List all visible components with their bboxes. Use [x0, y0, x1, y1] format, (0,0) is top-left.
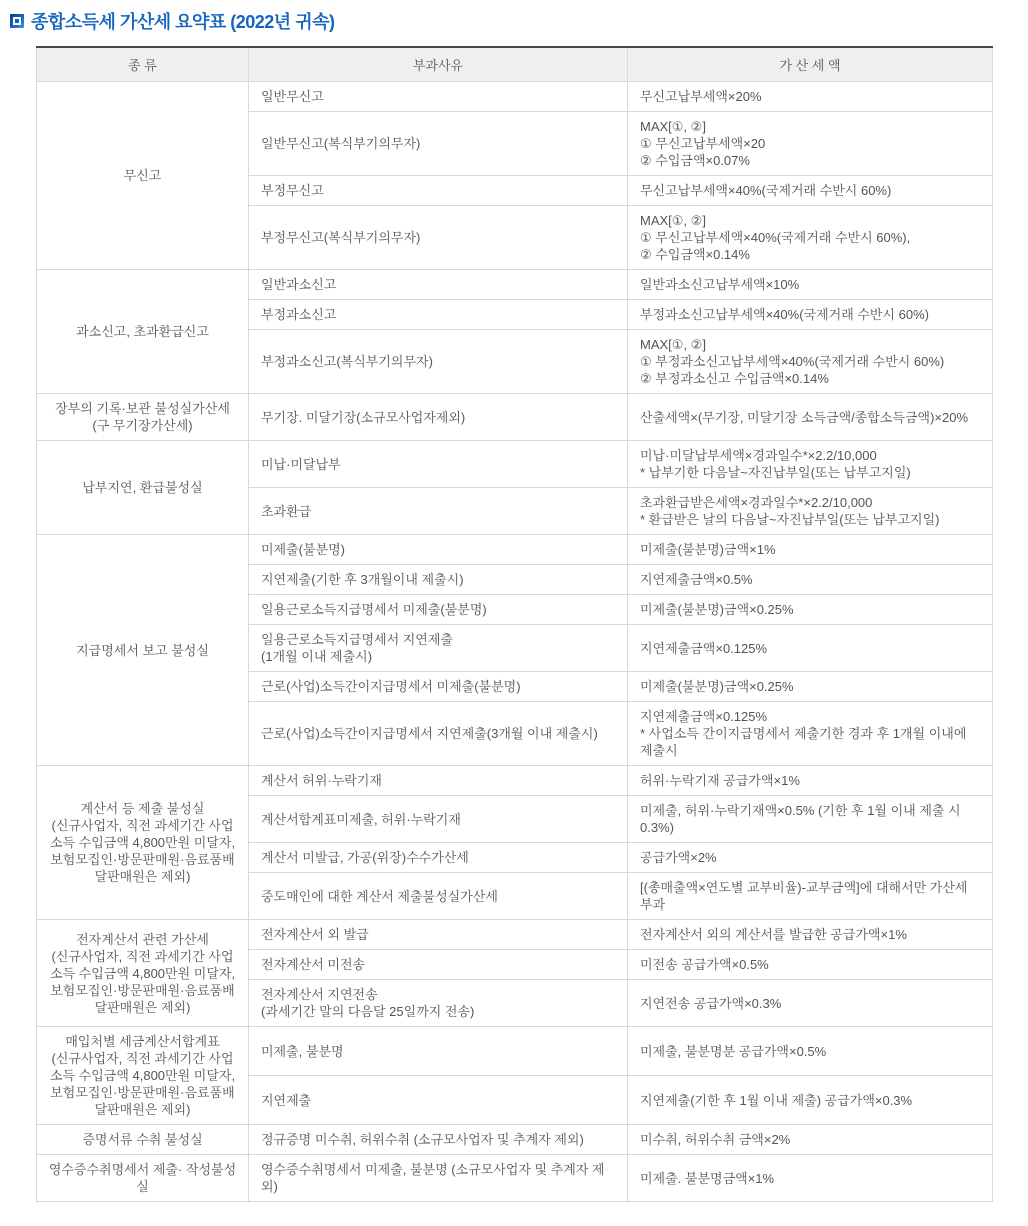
type-cell: 증명서류 수취 불성실	[37, 1125, 249, 1155]
reason-cell: 무기장. 미달기장(소규모사업자제외)	[249, 394, 628, 441]
amount-cell: 지연제출금액×0.5%	[628, 565, 993, 595]
reason-cell: 영수증수취명세서 미제출, 불분명 (소규모사업자 및 추계자 제외)	[249, 1155, 628, 1202]
amount-cell: 공급가액×2%	[628, 843, 993, 873]
reason-cell: 지연제출	[249, 1076, 628, 1125]
type-cell: 장부의 기록·보관 불성실가산세(구 무기장가산세)	[37, 394, 249, 441]
amount-cell: 산출세액×(무기장, 미달기장 소득금액/종합소득금액)×20%	[628, 394, 993, 441]
amount-cell: 미전송 공급가액×0.5%	[628, 950, 993, 980]
amount-cell: 미제출(불분명)금액×0.25%	[628, 672, 993, 702]
table-row: 영수증수취명세서 제출· 작성불성실영수증수취명세서 미제출, 불분명 (소규모…	[37, 1155, 993, 1202]
table-row: 납부지연, 환급불성실미납·미달납부미납·미달납부세액×경과일수*×2.2/10…	[37, 441, 993, 488]
amount-cell: 부정과소신고납부세액×40%(국제거래 수반시 60%)	[628, 300, 993, 330]
type-cell: 매입처별 세금계산서합계표(신규사업자, 직전 과세기간 사업소득 수입금액 4…	[37, 1027, 249, 1125]
penalty-summary-table: 종 류 부과사유 가 산 세 액 무신고일반무신고무신고납부세액×20%일반무신…	[36, 46, 993, 1202]
reason-cell: 미제출(불분명)	[249, 535, 628, 565]
type-cell: 과소신고, 초과환급신고	[37, 270, 249, 394]
title-square-icon	[10, 14, 24, 28]
reason-cell: 미납·미달납부	[249, 441, 628, 488]
reason-cell: 일용근로소득지급명세서 지연제출(1개월 이내 제출시)	[249, 625, 628, 672]
reason-cell: 전자계산서 지연전송(과세기간 말의 다음달 25일까지 전송)	[249, 980, 628, 1027]
reason-cell: 미제출, 불분명	[249, 1027, 628, 1076]
type-cell: 전자계산서 관련 가산세(신규사업자, 직전 과세기간 사업소득 수입금액 4,…	[37, 920, 249, 1027]
table-row: 과소신고, 초과환급신고일반과소신고일반과소신고납부세액×10%	[37, 270, 993, 300]
page: 종합소득세 가산세 요약표 (2022년 귀속) 종 류 부과사유 가 산 세 …	[0, 0, 1028, 1202]
amount-cell: 지연전송 공급가액×0.3%	[628, 980, 993, 1027]
amount-cell: 전자계산서 외의 계산서를 발급한 공급가액×1%	[628, 920, 993, 950]
reason-cell: 전자계산서 미전송	[249, 950, 628, 980]
page-title: 종합소득세 가산세 요약표 (2022년 귀속)	[31, 8, 334, 34]
amount-cell: [(총매출액×연도별 교부비율)-교부금액]에 대해서만 가산세 부과	[628, 873, 993, 920]
header-reason: 부과사유	[249, 47, 628, 82]
amount-cell: 허위·누락기재 공급가액×1%	[628, 766, 993, 796]
reason-cell: 일반과소신고	[249, 270, 628, 300]
reason-cell: 초과환급	[249, 488, 628, 535]
header-amount: 가 산 세 액	[628, 47, 993, 82]
amount-cell: 미제출(불분명)금액×1%	[628, 535, 993, 565]
table-header-row: 종 류 부과사유 가 산 세 액	[37, 47, 993, 82]
penalty-table-body: 무신고일반무신고무신고납부세액×20%일반무신고(복식부기의무자)MAX[①, …	[37, 82, 993, 1202]
amount-cell: 미납·미달납부세액×경과일수*×2.2/10,000* 납부기한 다음날~자진납…	[628, 441, 993, 488]
reason-cell: 일반무신고(복식부기의무자)	[249, 112, 628, 176]
amount-cell: 미수취, 허위수취 금액×2%	[628, 1125, 993, 1155]
amount-cell: 지연제출금액×0.125%	[628, 625, 993, 672]
header-type: 종 류	[37, 47, 249, 82]
reason-cell: 일용근로소득지급명세서 미제출(불분명)	[249, 595, 628, 625]
amount-cell: 미제출(불분명)금액×0.25%	[628, 595, 993, 625]
reason-cell: 부정과소신고	[249, 300, 628, 330]
amount-cell: 지연제출금액×0.125%* 사업소득 간이지급명세서 제출기한 경과 후 1개…	[628, 702, 993, 766]
table-row: 증명서류 수취 불성실정규증명 미수취, 허위수취 (소규모사업자 및 추계자 …	[37, 1125, 993, 1155]
type-cell: 지급명세서 보고 불성실	[37, 535, 249, 766]
table-row: 계산서 등 제출 불성실(신규사업자, 직전 과세기간 사업소득 수입금액 4,…	[37, 766, 993, 796]
reason-cell: 근로(사업)소득간이지급명세서 지연제출(3개월 이내 제출시)	[249, 702, 628, 766]
reason-cell: 계산서 허위·누락기재	[249, 766, 628, 796]
reason-cell: 지연제출(기한 후 3개월이내 제출시)	[249, 565, 628, 595]
table-row: 지급명세서 보고 불성실미제출(불분명)미제출(불분명)금액×1%	[37, 535, 993, 565]
reason-cell: 정규증명 미수취, 허위수취 (소규모사업자 및 추계자 제외)	[249, 1125, 628, 1155]
amount-cell: 미제출, 허위·누락기재액×0.5% (기한 후 1월 이내 제출 시 0.3%…	[628, 796, 993, 843]
amount-cell: 초과환급받은세액×경과일수*×2.2/10,000* 환급받은 날의 다음날~자…	[628, 488, 993, 535]
amount-cell: 무신고납부세액×40%(국제거래 수반시 60%)	[628, 176, 993, 206]
amount-cell: 무신고납부세액×20%	[628, 82, 993, 112]
reason-cell: 일반무신고	[249, 82, 628, 112]
amount-cell: MAX[①, ②]① 부정과소신고납부세액×40%(국제거래 수반시 60%)②…	[628, 330, 993, 394]
reason-cell: 전자계산서 외 발급	[249, 920, 628, 950]
page-title-row: 종합소득세 가산세 요약표 (2022년 귀속)	[10, 8, 1028, 34]
amount-cell: 지연제출(기한 후 1월 이내 제출) 공급가액×0.3%	[628, 1076, 993, 1125]
reason-cell: 부정무신고	[249, 176, 628, 206]
reason-cell: 중도매인에 대한 계산서 제출불성실가산세	[249, 873, 628, 920]
table-row: 무신고일반무신고무신고납부세액×20%	[37, 82, 993, 112]
reason-cell: 계산서 미발급, 가공(위장)수수가산세	[249, 843, 628, 873]
type-cell: 납부지연, 환급불성실	[37, 441, 249, 535]
table-row: 장부의 기록·보관 불성실가산세(구 무기장가산세)무기장. 미달기장(소규모사…	[37, 394, 993, 441]
reason-cell: 근로(사업)소득간이지급명세서 미제출(불분명)	[249, 672, 628, 702]
amount-cell: 일반과소신고납부세액×10%	[628, 270, 993, 300]
amount-cell: MAX[①, ②]① 무신고납부세액×20② 수입금액×0.07%	[628, 112, 993, 176]
table-row: 전자계산서 관련 가산세(신규사업자, 직전 과세기간 사업소득 수입금액 4,…	[37, 920, 993, 950]
table-row: 매입처별 세금계산서합계표(신규사업자, 직전 과세기간 사업소득 수입금액 4…	[37, 1027, 993, 1076]
reason-cell: 계산서합계표미제출, 허위·누락기재	[249, 796, 628, 843]
reason-cell: 부정무신고(복식부기의무자)	[249, 206, 628, 270]
reason-cell: 부정과소신고(복식부기의무자)	[249, 330, 628, 394]
type-cell: 계산서 등 제출 불성실(신규사업자, 직전 과세기간 사업소득 수입금액 4,…	[37, 766, 249, 920]
amount-cell: 미제출. 불분명금액×1%	[628, 1155, 993, 1202]
type-cell: 영수증수취명세서 제출· 작성불성실	[37, 1155, 249, 1202]
type-cell: 무신고	[37, 82, 249, 270]
amount-cell: 미제출, 불분명분 공급가액×0.5%	[628, 1027, 993, 1076]
amount-cell: MAX[①, ②]① 무신고납부세액×40%(국제거래 수반시 60%),② 수…	[628, 206, 993, 270]
